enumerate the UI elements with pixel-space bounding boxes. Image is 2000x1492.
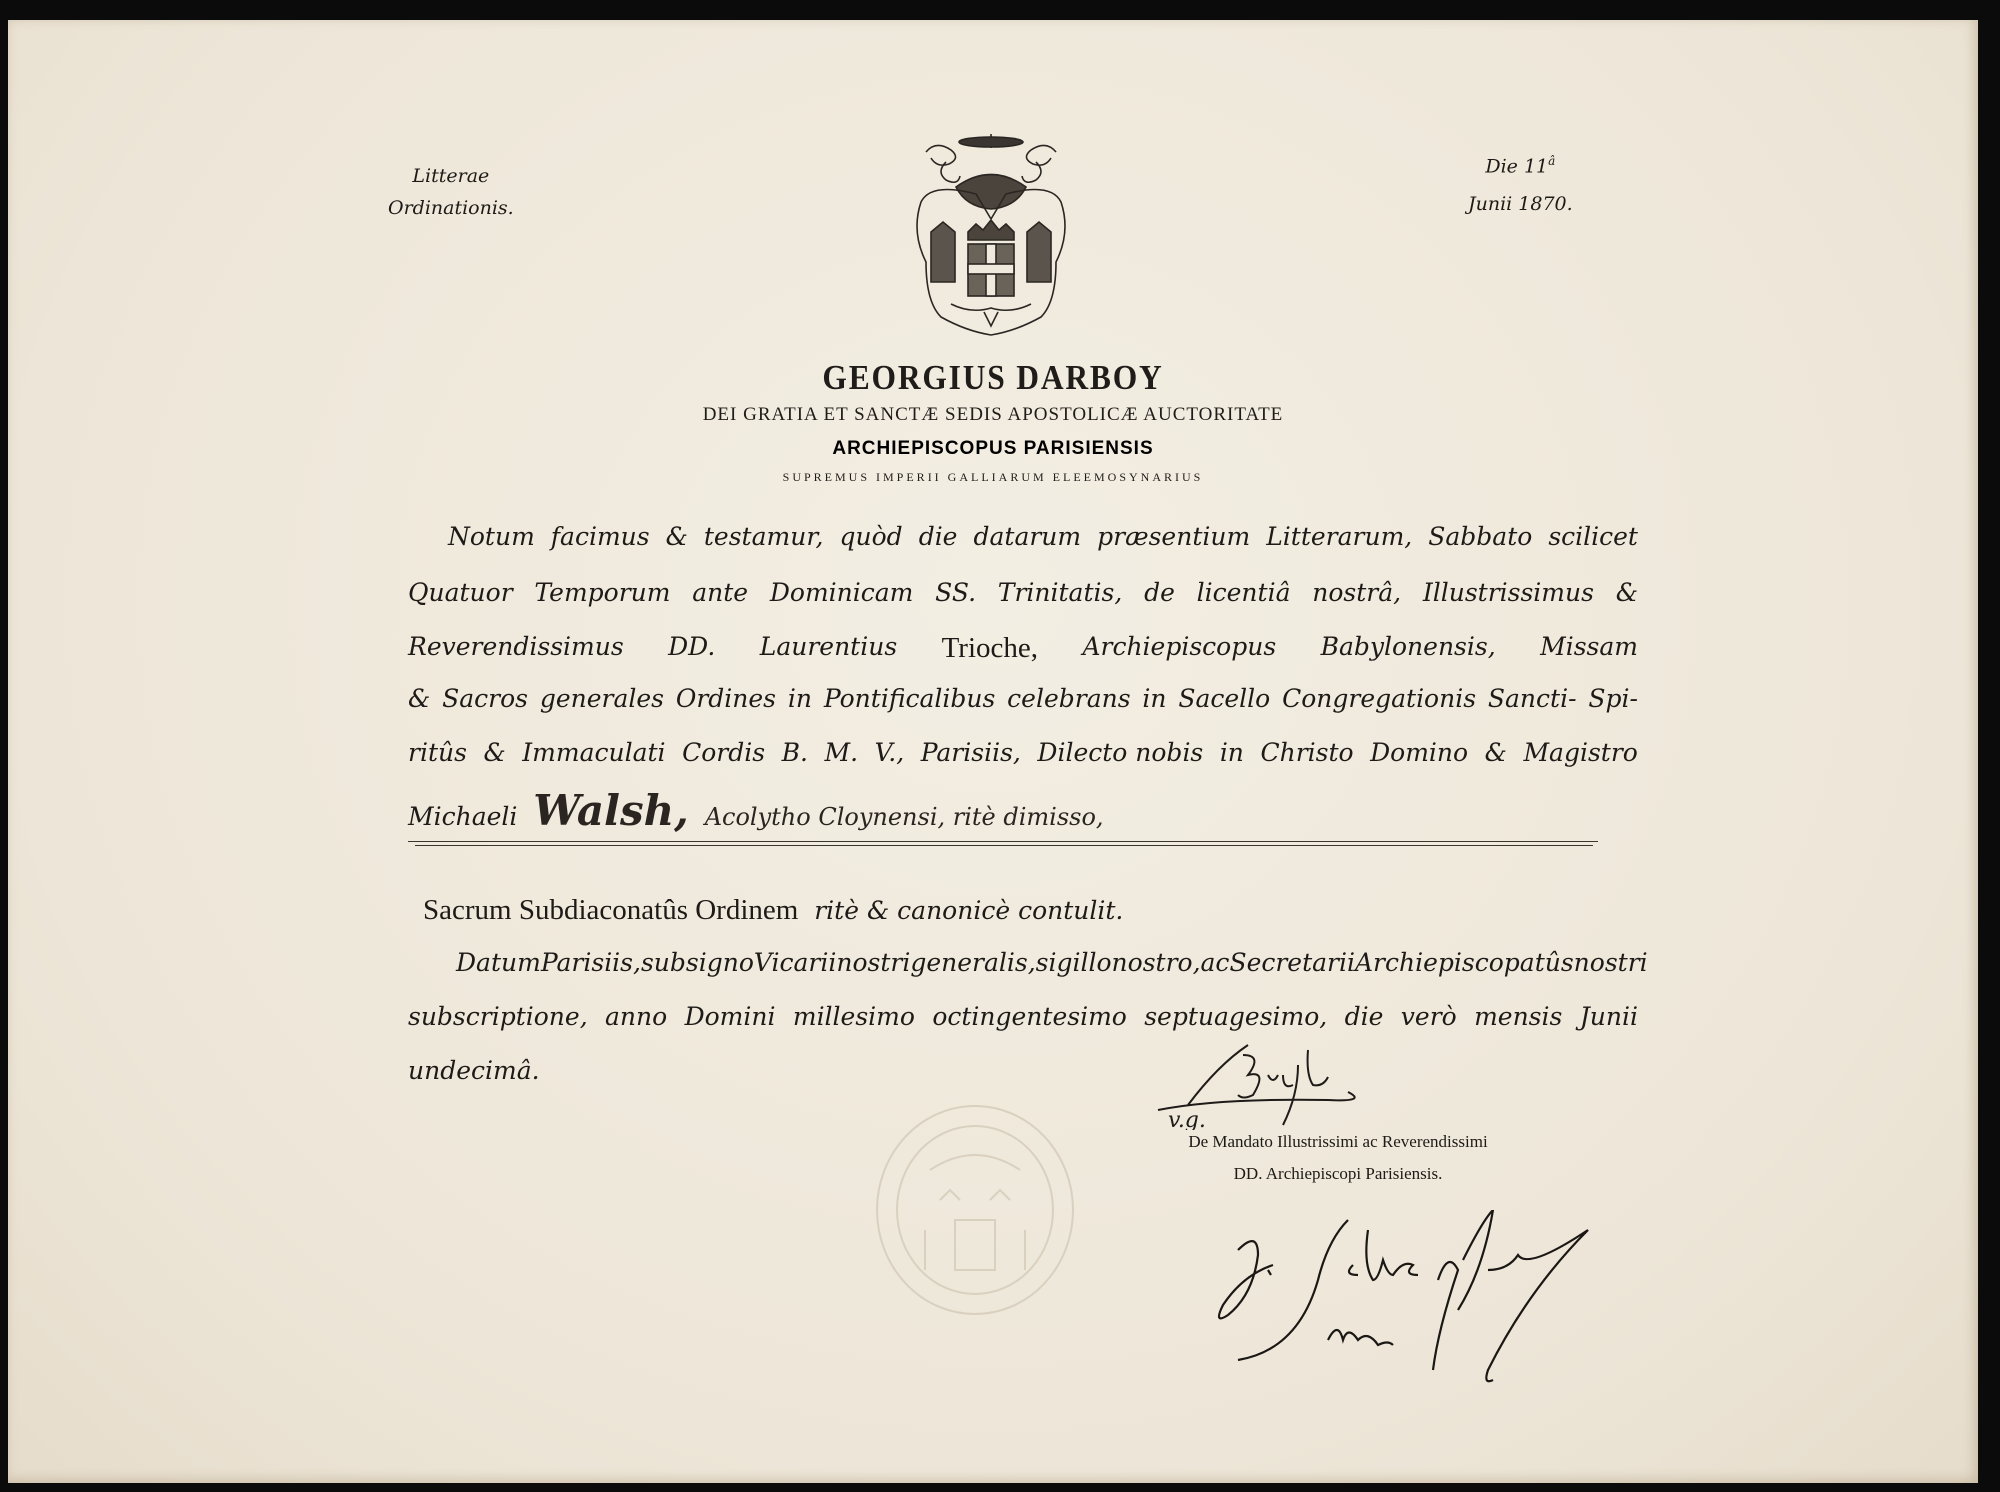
datum-line-1: DatumParisiis,subsignoVicariinostrigener… (456, 948, 1638, 977)
corner-left-line2: Ordinationis. (388, 192, 514, 224)
bayle-signature-icon: v.g. (1148, 1035, 1398, 1130)
recipient-prefix: Michaeli (408, 802, 517, 831)
corner-right-line2: Junii 1870. (1468, 185, 1573, 223)
blank-rule (415, 845, 1593, 846)
supremus-line: SUPREMUS IMPERII GALLIARUM ELEEMOSYNARIU… (8, 470, 1978, 485)
datum-line-2: subscriptione,annoDominimillesimooctinge… (408, 1002, 1638, 1031)
archbishop-name: GEORGIUS DARBOY (107, 358, 1880, 398)
recipient-line: Michaeli Walsh, Acolytho Cloynensi, ritè… (408, 786, 1598, 842)
order-rest: ritè & canonicè contulit. (814, 896, 1123, 925)
body-line-5: ritûs&ImmaculatiCordisB.M.V.,Parisiis,Di… (408, 738, 1638, 767)
body-line-2: QuatuorTemporumanteDominicamSS.Trinitati… (408, 578, 1638, 607)
document-type-label: Litterae Ordinationis. (388, 160, 514, 224)
body-line-3: ReverendissimusDD.LaurentiusTrioche,Arch… (408, 632, 1638, 665)
mandate-line-2: DD. Archiepiscopi Parisiensis. (1088, 1158, 1588, 1190)
order-conferred-line: Sacrum Subdiaconatûs Ordinem ritè & cano… (423, 894, 1123, 927)
body-line-4: &SacrosgeneralesOrdinesinPontificalibusc… (408, 684, 1638, 713)
document-date-label: Die 11â Junii 1870. (1468, 142, 1573, 223)
recipient-details: Acolytho Cloynensi, ritè dimisso, (705, 803, 1104, 831)
order-name: Sacrum Subdiaconatûs Ordinem (423, 894, 798, 926)
embossed-archdiocese-seal-icon (870, 1100, 1080, 1320)
datum-line-3: undecimâ. (408, 1056, 540, 1085)
grace-line: DEI GRATIA ET SANCTÆ SEDIS APOSTOLICÆ AU… (8, 404, 1978, 426)
corner-right-line1: Die 11â (1468, 142, 1573, 185)
mandate-block: De Mandato Illustrissimi ac Reverendissi… (1088, 1126, 1588, 1190)
archiepiscopal-coat-of-arms-icon (906, 132, 1076, 338)
archbishop-title: ARCHIEPISCOPUS PARISIENSIS (8, 438, 1978, 460)
recipient-surname: Walsh, (533, 786, 689, 835)
body-line-1: Notumfacimus&testamur,quòddiedatarumpræs… (408, 522, 1638, 551)
mandate-line-1: De Mandato Illustrissimi ac Reverendissi… (1088, 1126, 1588, 1158)
schaeffer-signature-icon (1208, 1210, 1608, 1400)
certificate-sheet: Litterae Ordinationis. Die 11â Junii 187… (8, 20, 1978, 1483)
corner-left-line1: Litterae (388, 160, 514, 192)
